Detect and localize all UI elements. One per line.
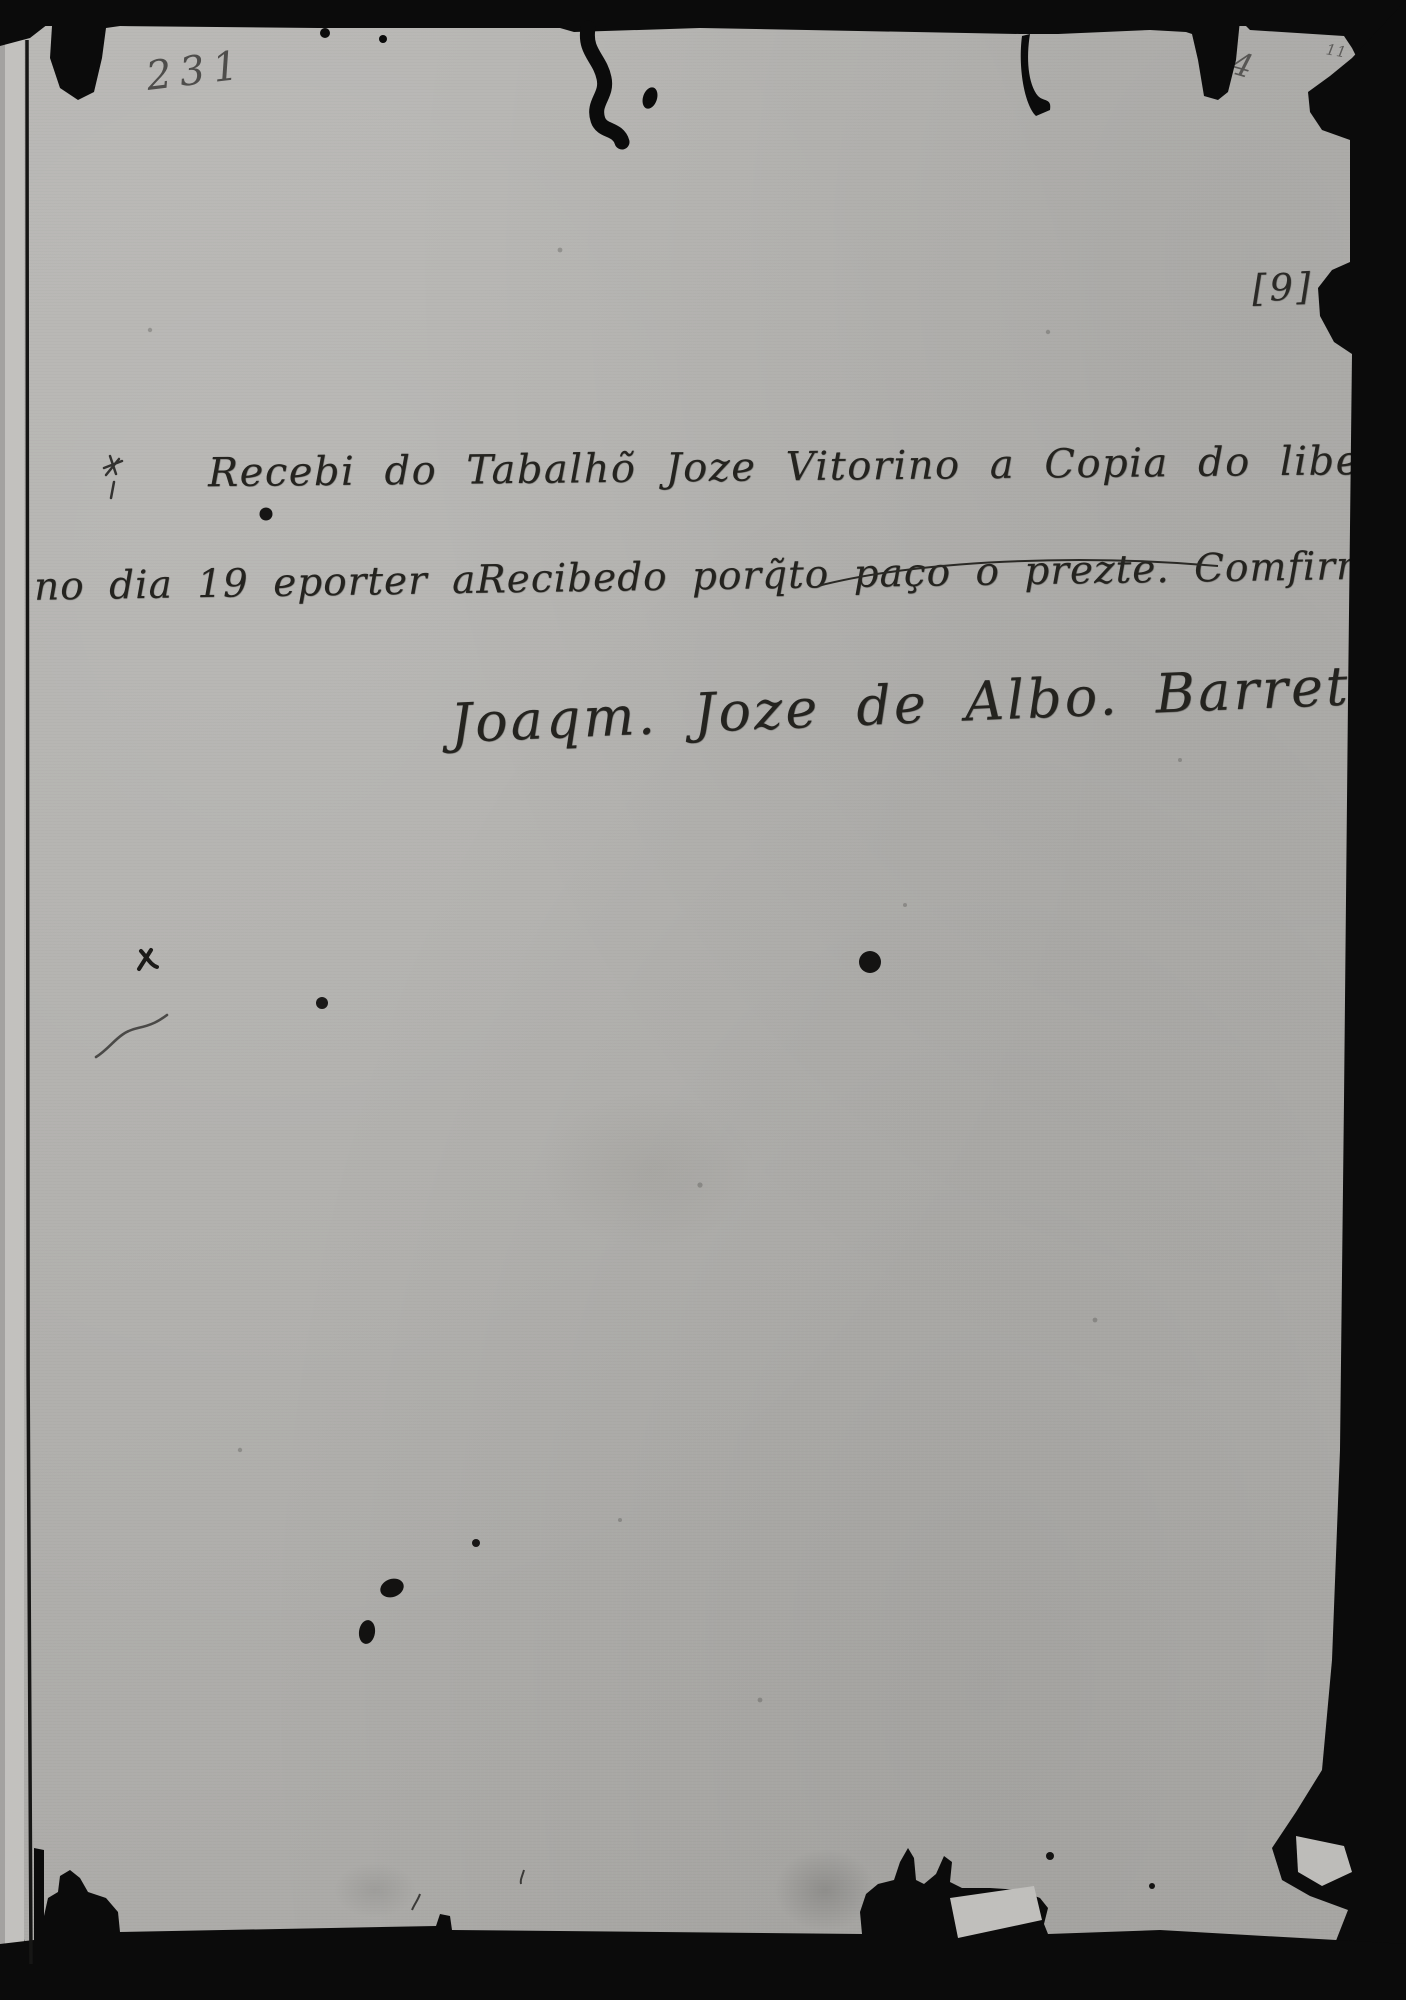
scanned-manuscript: 231 4 11 [9] Recebi do Tabalhõ Joze Vito… <box>0 0 1406 2000</box>
edge-mark: 11 <box>1325 40 1349 61</box>
adjacent-page-edge <box>0 28 24 1944</box>
manuscript-paper <box>24 26 1360 1944</box>
folio-number: [9] <box>1251 265 1314 310</box>
